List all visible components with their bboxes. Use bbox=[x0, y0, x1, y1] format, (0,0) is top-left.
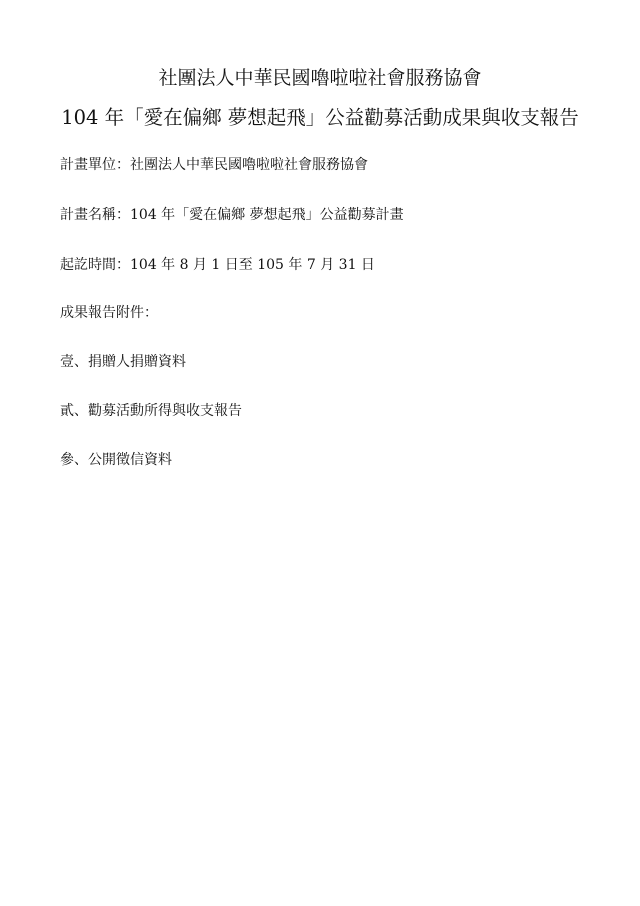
field-plan-unit: 計畫單位：社團法人中華民國嚕啦啦社會服務協會 bbox=[60, 155, 368, 175]
field-label: 起訖時間： bbox=[60, 257, 130, 273]
attachment-item: 壹、捐贈人捐贈資料 bbox=[60, 352, 186, 372]
report-title: 104 年「愛在偏鄉 夢想起飛」公益勸募活動成果與收支報告 bbox=[0, 106, 640, 130]
field-value: 104 年「愛在偏鄉 夢想起飛」公益勸募計畫 bbox=[130, 207, 404, 223]
attachment-item: 貳、勸募活動所得與收支報告 bbox=[60, 401, 242, 421]
field-plan-name: 計畫名稱：104 年「愛在偏鄉 夢想起飛」公益勸募計畫 bbox=[60, 205, 404, 225]
attachment-item: 參、公開徵信資料 bbox=[60, 450, 172, 470]
field-period: 起訖時間：104 年 8 月 1 日至 105 年 7 月 31 日 bbox=[60, 255, 375, 275]
field-label: 計畫單位： bbox=[60, 157, 130, 173]
field-label: 計畫名稱： bbox=[60, 207, 130, 223]
attachments-heading: 成果報告附件： bbox=[60, 303, 158, 323]
document-page: 社團法人中華民國嚕啦啦社會服務協會 104 年「愛在偏鄉 夢想起飛」公益勸募活動… bbox=[0, 0, 640, 906]
field-value: 104 年 8 月 1 日至 105 年 7 月 31 日 bbox=[130, 257, 375, 273]
organization-title: 社團法人中華民國嚕啦啦社會服務協會 bbox=[0, 66, 640, 90]
field-value: 社團法人中華民國嚕啦啦社會服務協會 bbox=[130, 157, 368, 173]
